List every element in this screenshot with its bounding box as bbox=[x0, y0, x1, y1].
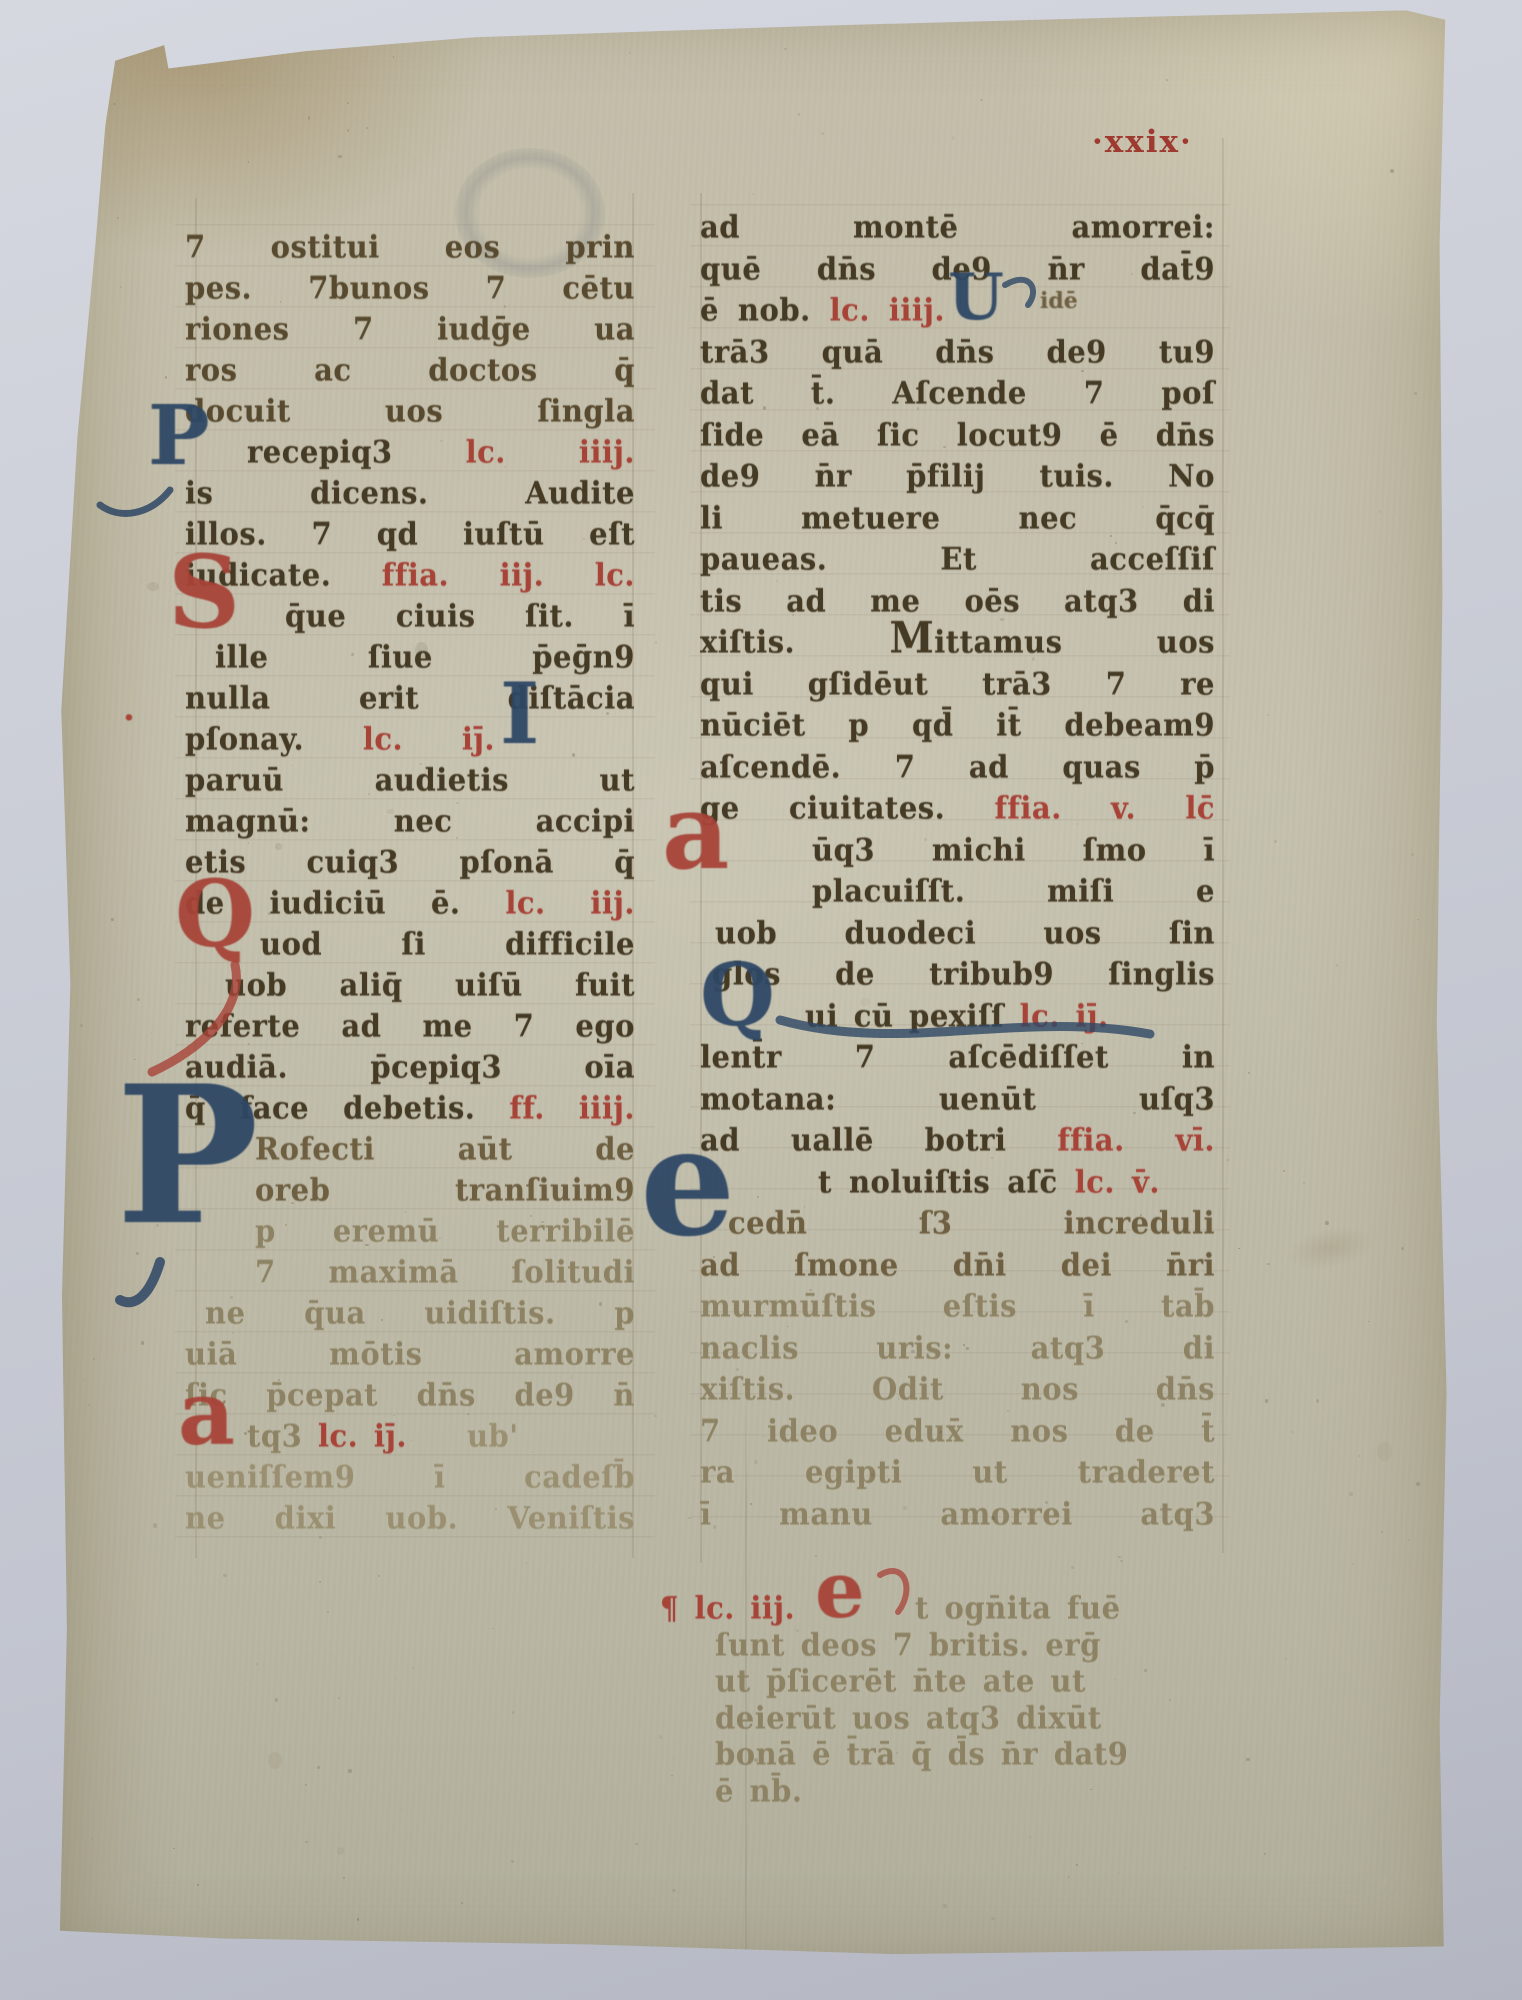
ruling-line-right bbox=[1222, 138, 1224, 1553]
text-segment: ub' bbox=[467, 1418, 519, 1454]
text-line: trā3 quā dn̄s de9 tu9 bbox=[700, 337, 1215, 368]
text-segment: ſide eā ſic locut9 ē dn̄s bbox=[700, 417, 1215, 453]
text-line: dat t̄. Aſcende 7 poſ bbox=[700, 378, 1215, 409]
text-line: placuiſſt. miſi e bbox=[812, 876, 1215, 907]
text-segment: magnū: nec accipi bbox=[185, 803, 635, 839]
text-segment: ffia. vī. bbox=[1057, 1122, 1215, 1158]
text-line: li metuere nec q̄cq̄ bbox=[700, 503, 1215, 534]
text-segment: ui cū pexiſſ bbox=[805, 998, 1020, 1034]
text-segment: pes. 7bunos 7 cētu bbox=[185, 270, 635, 306]
text-line: ſunt deos 7 britis. erḡ bbox=[715, 1630, 1050, 1661]
text-line: ge ciuitates. ffia. v. lc̄ bbox=[700, 793, 1215, 824]
text-segment: ittamus uos bbox=[934, 624, 1215, 660]
text-segment: paueas. Et acceſſiſ bbox=[700, 541, 1215, 577]
text-line: ſide eā ſic locut9 ē dn̄s bbox=[700, 420, 1215, 451]
text-line: 7 maximā ſolitudi bbox=[255, 1257, 635, 1288]
text-line: ē nob. lc. iiij. bbox=[700, 295, 945, 326]
text-segment: dat t̄. Aſcende 7 poſ bbox=[700, 375, 1215, 411]
text-segment: nulla erit diſtācia bbox=[185, 680, 635, 716]
text-segment: M bbox=[889, 613, 934, 663]
text-segment: ne q̄ua uidiſtis. p bbox=[205, 1295, 635, 1331]
text-segment: ad montē amorrei: bbox=[700, 209, 1215, 245]
text-segment: recepiq3 bbox=[247, 434, 466, 470]
text-segment: docuit uos ſingla bbox=[185, 393, 635, 429]
text-segment: lc. ij̄. bbox=[1020, 998, 1109, 1034]
initial-E-et: e bbox=[640, 1122, 735, 1242]
text-line: lent̄r 7 aſcēdiſſet in bbox=[700, 1042, 1215, 1073]
text-segment: ad ſmone dn̄i dei n̄ri bbox=[700, 1247, 1215, 1283]
text-segment: lc. v̄. bbox=[1075, 1164, 1160, 1200]
text-line: magnū: nec accipi bbox=[185, 806, 635, 837]
text-segment: placuiſſt. miſi e bbox=[812, 873, 1215, 909]
text-line: ſic p̄cepat dn̄s de9 n̄ bbox=[185, 1380, 635, 1411]
text-line: uod ſi difficile bbox=[260, 929, 635, 960]
text-line: ra egipti ut traderet bbox=[700, 1457, 1215, 1488]
folio-number: ·xxix· bbox=[1092, 124, 1193, 160]
text-segment: ff. iiij. bbox=[509, 1090, 635, 1126]
initial-V-vide: U bbox=[948, 272, 1004, 323]
text-segment: ī manu amorrei atq3 bbox=[700, 1496, 1215, 1532]
text-line: uob duodeci uos ſin bbox=[715, 918, 1215, 949]
text-line: pſonay. lc. ij̄. bbox=[185, 724, 495, 755]
text-segment: uob duodeci uos ſin bbox=[715, 915, 1215, 951]
text-segment: ueniſſem9 ī cadeſb̄ bbox=[185, 1459, 635, 1495]
text-segment: lent̄r 7 aſcēdiſſet in bbox=[700, 1039, 1215, 1075]
text-line: docuit uos ſingla bbox=[185, 396, 635, 427]
text-segment: p eremū terribilē bbox=[255, 1213, 635, 1249]
initial-P-praecepit: P bbox=[148, 404, 210, 470]
initial-E-footer: e bbox=[815, 1560, 865, 1622]
text-line: naclis uris: atq3 di bbox=[700, 1333, 1215, 1364]
text-line: ueniſſem9 ī cadeſb̄ bbox=[185, 1462, 635, 1493]
text-segment: tq3 bbox=[247, 1418, 318, 1454]
text-line: t noluiſtis aſc̄ lc. v̄. bbox=[818, 1167, 1160, 1198]
text-segment: deierūt uos atq3 dixūt bbox=[715, 1700, 1102, 1736]
initial-P-profecti: P bbox=[116, 1080, 259, 1232]
text-segment: referte ad me 7 ego bbox=[185, 1008, 635, 1044]
text-segment: uob aliq̄ uiſū fuit bbox=[225, 967, 635, 1003]
text-line: 7 ideo edux̄ nos de t̄ bbox=[700, 1416, 1215, 1447]
initial-Q-qui: Q bbox=[700, 962, 775, 1031]
text-line: uob aliq̄ uiſū fuit bbox=[225, 970, 635, 1001]
text-line: ūq3 michi ſmo ī bbox=[812, 835, 1215, 866]
manuscript-leaf: ·xxix· 7 ostitui eos prinpes. 7bunos 7 c… bbox=[55, 8, 1455, 1960]
text-line: motana: uenūt uſq3 bbox=[700, 1084, 1215, 1115]
text-line: paueas. Et acceſſiſ bbox=[700, 544, 1215, 575]
text-segment: xiſtis. Odit nos dn̄s bbox=[700, 1371, 1215, 1407]
text-segment: ne dixi uob. Veniſtis bbox=[185, 1500, 635, 1536]
text-line: bonā ē t̄rā q̄ d̄s n̄r dat9 bbox=[715, 1739, 1050, 1770]
text-segment: riones 7 iudḡe ua bbox=[185, 311, 635, 347]
text-segment: 7 ostitui eos prin bbox=[185, 229, 635, 265]
text-line: uiā mōtis amorre bbox=[185, 1339, 635, 1370]
text-segment: ¶ lc. iij. bbox=[660, 1590, 795, 1626]
text-line: riones 7 iudḡe ua bbox=[185, 314, 635, 345]
text-segment: uiā mōtis amorre bbox=[185, 1336, 635, 1372]
text-line: murmūſtis eſtis ī tab̄ bbox=[700, 1291, 1215, 1322]
text-segment: cedn̄ ſ3 increduli bbox=[728, 1205, 1215, 1241]
text-segment: pſonay. bbox=[185, 721, 363, 757]
brown-smudge bbox=[1282, 1219, 1378, 1277]
initial-Q-quod: Q bbox=[175, 878, 255, 952]
text-line: p eremū terribilē bbox=[255, 1216, 635, 1247]
text-segment: ad uallē botri bbox=[700, 1122, 1057, 1158]
text-segment: is dicens. Audite bbox=[185, 475, 635, 511]
text-line: xiſtis. Mittamus uos bbox=[700, 627, 1215, 658]
text-line: glos de tribub9 ſinglis bbox=[712, 959, 1215, 990]
text-segment: paruū audietis ut bbox=[185, 762, 635, 798]
text-segment: naclis uris: atq3 di bbox=[700, 1330, 1215, 1366]
text-segment: motana: uenūt uſq3 bbox=[700, 1081, 1215, 1117]
text-line: ē nb̄. bbox=[715, 1776, 1050, 1807]
margin-red-dot: · bbox=[123, 698, 135, 738]
text-segment: 7 maximā ſolitudi bbox=[255, 1254, 635, 1290]
text-segment: aſcendē. 7 ad quas p̄ bbox=[700, 749, 1215, 785]
text-line: Rofecti aūt de bbox=[255, 1134, 635, 1165]
text-segment: ſic p̄cepat dn̄s de9 n̄ bbox=[185, 1377, 635, 1413]
text-segment: ūq3 michi ſmo ī bbox=[812, 832, 1215, 868]
right-text-column: ad montē amorrei:quē dn̄s de9 n̄r dat̄9ē… bbox=[700, 212, 1215, 1552]
text-segment: ffia. iij. lc. bbox=[382, 557, 635, 593]
text-line: illos. 7 qd iuſtū eſt bbox=[185, 519, 635, 550]
text-segment: murmūſtis eſtis ī tab̄ bbox=[700, 1288, 1215, 1324]
text-line: ui cū pexiſſ lc. ij̄. bbox=[805, 1001, 1035, 1032]
text-line: ros ac doctos q̄ bbox=[185, 355, 635, 386]
text-segment: tis ad me oēs atq3 di bbox=[700, 583, 1215, 619]
text-segment: oreb tranſiuim9 bbox=[255, 1172, 635, 1208]
photo-backdrop: ·xxix· 7 ostitui eos prinpes. 7bunos 7 c… bbox=[0, 0, 1522, 2000]
text-segment: lc. iiij. bbox=[830, 292, 945, 328]
initial-A-atque: a bbox=[178, 1378, 235, 1448]
text-line: q̄ue ciuis ſit. ī bbox=[285, 601, 635, 632]
text-segment: ē nb̄. bbox=[715, 1773, 803, 1809]
text-segment: t ogn̄ita fuē bbox=[915, 1590, 1121, 1626]
text-segment: xiſtis. bbox=[700, 624, 889, 660]
text-line: paruū audietis ut bbox=[185, 765, 635, 796]
text-segment: nūciēt p qd̄ it̄ debeam9 bbox=[700, 707, 1215, 743]
text-segment: de9 n̄r p̄filij tuis. No bbox=[700, 458, 1215, 494]
text-line: ne dixi uob. Veniſtis bbox=[185, 1503, 635, 1534]
text-line: ut p̄ſicerēt n̄te ate ut bbox=[715, 1666, 1050, 1697]
text-segment: lc. iij. bbox=[505, 885, 635, 921]
text-segment: lc. iiij. bbox=[466, 434, 635, 470]
text-line: tis ad me oēs atq3 di bbox=[700, 586, 1215, 617]
text-segment: 7 ideo edux̄ nos de t̄ bbox=[700, 1413, 1215, 1449]
text-segment: trā3 quā dn̄s de9 tu9 bbox=[700, 334, 1215, 370]
text-segment: lc. ij̄. bbox=[363, 721, 495, 757]
text-line: qui gſidēut trā3 7 re bbox=[700, 669, 1215, 700]
text-line: ad montē amorrei: bbox=[700, 212, 1215, 243]
initial-C-cumque: a bbox=[662, 790, 729, 873]
text-line: xiſtis. Odit nos dn̄s bbox=[700, 1374, 1215, 1405]
text-segment: Rofecti aūt de bbox=[255, 1131, 635, 1167]
text-line: 7 ostitui eos prin bbox=[185, 232, 635, 263]
text-segment: ut p̄ſicerēt n̄te ate ut bbox=[715, 1663, 1086, 1699]
text-segment: t noluiſtis aſc̄ bbox=[818, 1164, 1075, 1200]
text-line: ad ſmone dn̄i dei n̄ri bbox=[700, 1250, 1215, 1281]
text-line: nulla erit diſtācia bbox=[185, 683, 635, 714]
text-segment: q̄ue ciuis ſit. ī bbox=[285, 598, 635, 634]
text-segment: lc. ij̄. bbox=[318, 1418, 407, 1454]
text-segment: bonā ē t̄rā q̄ d̄s n̄r dat9 bbox=[715, 1736, 1128, 1772]
text-line: aſcendē. 7 ad quas p̄ bbox=[700, 752, 1215, 783]
text-line: oreb tranſiuim9 bbox=[255, 1175, 635, 1206]
text-line: iudicate. ffia. iij. lc. bbox=[185, 560, 635, 591]
text-line: ī manu amorrei atq3 bbox=[700, 1499, 1215, 1530]
text-line: nūciēt p qd̄ it̄ debeam9 bbox=[700, 710, 1215, 741]
initial-S-sive: S bbox=[168, 552, 240, 632]
text-line: referte ad me 7 ego bbox=[185, 1011, 635, 1042]
text-line: de9 n̄r p̄filij tuis. No bbox=[700, 461, 1215, 492]
text-segment: li metuere nec q̄cq̄ bbox=[700, 500, 1215, 536]
text-line: pes. 7bunos 7 cētu bbox=[185, 273, 635, 304]
text-segment: qui gſidēut trā3 7 re bbox=[700, 666, 1215, 702]
text-segment: ē nob. bbox=[700, 292, 830, 328]
text-segment: illos. 7 qd iuſtū eſt bbox=[185, 516, 635, 552]
text-segment: uod ſi difficile bbox=[260, 926, 635, 962]
text-line: is dicens. Audite bbox=[185, 478, 635, 509]
text-segment: glos de tribub9 ſinglis bbox=[712, 956, 1215, 992]
text-line: cedn̄ ſ3 increduli bbox=[728, 1208, 1215, 1239]
text-segment: ge ciuitates. bbox=[700, 790, 994, 826]
text-segment: ffia. v. lc̄ bbox=[994, 790, 1215, 826]
text-segment: ros ac doctos q̄ bbox=[185, 352, 635, 388]
text-line: ad uallē botri ffia. vī. bbox=[700, 1125, 1215, 1156]
text-segment: ra egipti ut traderet bbox=[700, 1454, 1215, 1490]
text-line: ne q̄ua uidiſtis. p bbox=[205, 1298, 635, 1329]
interlinear-ide: idē bbox=[1040, 288, 1078, 314]
text-line: deierūt uos atq3 dixūt bbox=[715, 1703, 1050, 1734]
text-line: tq3 lc. ij̄.ub' bbox=[247, 1421, 647, 1452]
text-segment: ſunt deos 7 britis. erḡ bbox=[715, 1627, 1101, 1663]
initial-I-ita: I bbox=[500, 680, 539, 747]
